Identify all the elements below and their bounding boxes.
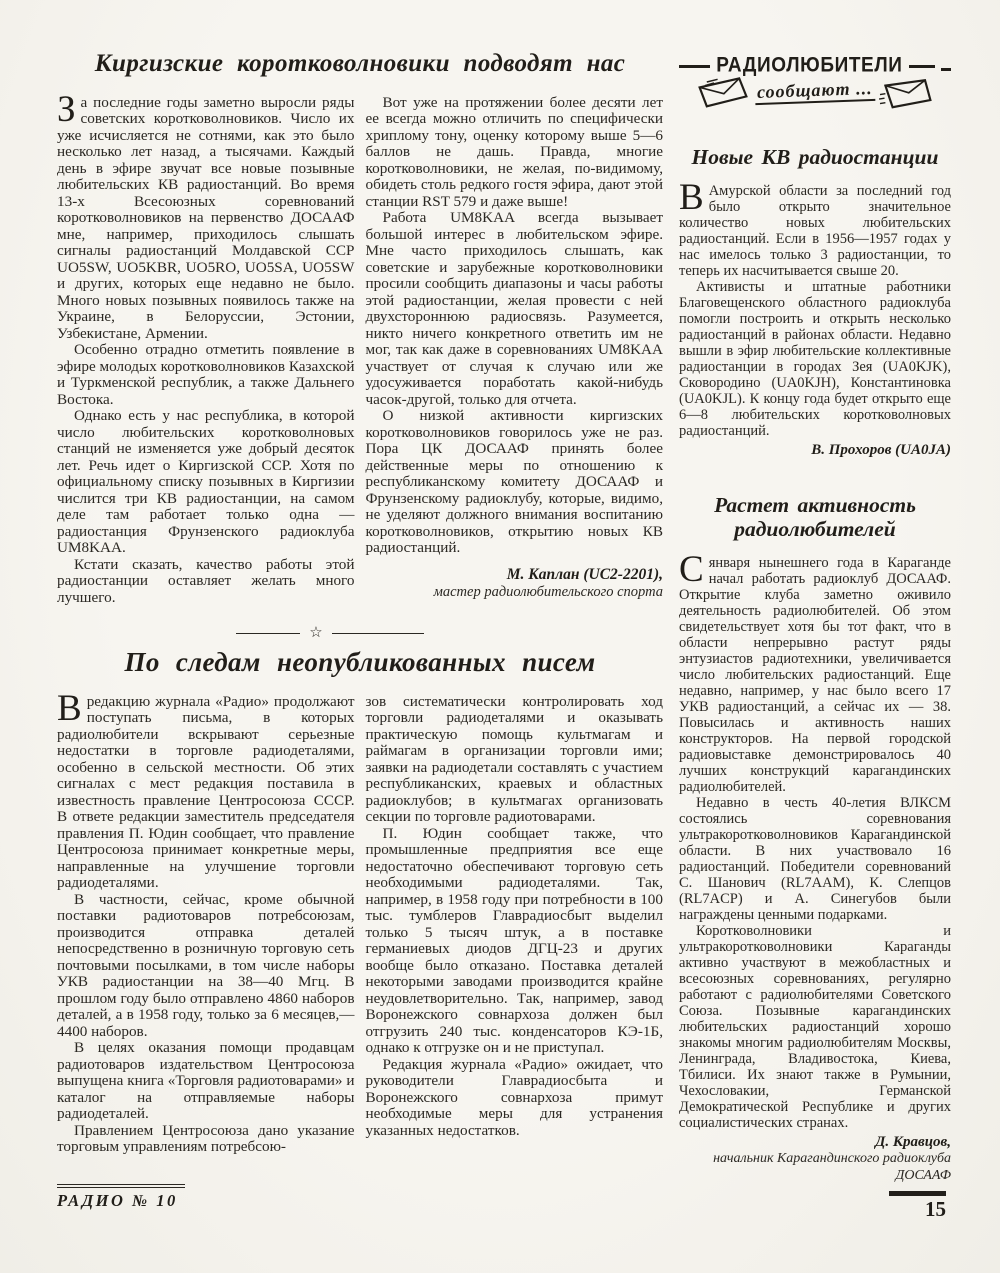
star-divider: ☆ (57, 628, 663, 638)
drop-cap: В (57, 694, 87, 723)
article-kirgiz-column-2: Вот уже на протяжении более десяти лет е… (366, 95, 664, 607)
journal-footer: РАДИО № 10 (57, 1184, 185, 1211)
paragraph: зов систематически контролировать ход то… (366, 694, 664, 826)
author-name: М. Каплан (UC2-2201), (366, 566, 664, 584)
divider-rule (236, 633, 300, 634)
author-role: ДОСААФ (679, 1168, 951, 1185)
article-letters-column-2: зов систематически контролировать ход то… (366, 694, 664, 1156)
paragraph: Сянваря нынешнего года в Караганде начал… (679, 555, 951, 795)
logo-subtitle: сообщают ... (755, 77, 875, 104)
paragraph: Коротковолновики и ультракоротковолновик… (679, 923, 951, 1131)
article-kirgiz-signature: М. Каплан (UC2-2201), мастер радиолюбите… (366, 566, 664, 601)
paragraph: В частности, сейчас, кроме обычной поста… (57, 892, 355, 1041)
paragraph: Особенно отрадно отметить появление в эф… (57, 342, 355, 408)
paragraph: Однако есть у нас республика, в которой … (57, 408, 355, 557)
envelope-icon (694, 73, 752, 109)
sidebar-column: РАДИОЛЮБИТЕЛИ сообщают ... Новые КВ ради… (679, 55, 951, 1184)
paragraph: За последние годы заметно выросли ряды с… (57, 95, 355, 343)
article-kirgiz-column-1: За последние годы заметно выросли ряды с… (57, 95, 355, 607)
paragraph: В целях оказания помощи продавцам радиот… (57, 1040, 355, 1123)
page-number: 15 (889, 1197, 946, 1221)
logo-subtitle-row: сообщают ... (679, 73, 951, 109)
star-icon: ☆ (309, 628, 322, 638)
article-kirgiz-body: За последние годы заметно выросли ряды с… (57, 95, 663, 607)
paragraph-text: а последние годы заметно выросли ряды со… (57, 94, 355, 342)
paragraph: Вредакцию журнала «Радио» продолжают пос… (57, 694, 355, 892)
drop-cap: В (679, 183, 709, 212)
paragraph-text: редакцию журнала «Радио» продолжают пост… (57, 693, 355, 892)
paragraph: Недавно в честь 40-летия ВЛКСМ состоялис… (679, 795, 951, 923)
page-number-block: 15 (889, 1191, 946, 1221)
radiolyubiteli-soobshchayut-logo: РАДИОЛЮБИТЕЛИ сообщают ... (679, 55, 951, 109)
article-letters-body: Вредакцию журнала «Радио» продолжают пос… (57, 694, 663, 1156)
drop-cap: С (679, 555, 709, 584)
logo-dash (679, 65, 710, 68)
logo-title: РАДИОЛЮБИТЕЛИ (716, 54, 902, 79)
logo-dash (941, 68, 951, 71)
paragraph: Активисты и штатные работники Благовещен… (679, 279, 951, 439)
author-role: начальник Карагандинского радиоклуба (679, 1151, 951, 1168)
author-name: В. Прохоров (UA0JA) (679, 441, 951, 459)
paragraph: ВАмурской области за последний год было … (679, 183, 951, 279)
paragraph-text: января нынешнего года в Караганде начал … (679, 555, 951, 795)
envelope-icon (878, 73, 936, 109)
divider-rule (332, 633, 424, 634)
paragraph: О низкой активности киргизских коротково… (366, 408, 664, 557)
article-karaganda-title: Растет активность радиолюбителей (679, 493, 951, 542)
article-kirgiz-title: Киргизские коротковолновики подводят нас (57, 50, 663, 79)
paragraph: Вот уже на протяжении более десяти лет е… (366, 95, 664, 211)
paragraph-text: Амурской области за последний год было о… (679, 183, 951, 279)
paragraph: Правлением Центросоюза дано указание тор… (57, 1123, 355, 1156)
logo-dash (909, 65, 935, 68)
article-letters-title: По следам неопубликованных писем (57, 648, 663, 678)
page-number-rule (889, 1191, 946, 1196)
scanned-magazine-page: Киргизские коротковолновики подводят нас… (0, 0, 1000, 1273)
drop-cap: З (57, 95, 81, 124)
main-content-area: Киргизские коротковолновики подводят нас… (57, 50, 663, 1156)
article-letters-column-1: Вредакцию журнала «Радио» продолжают пос… (57, 694, 355, 1156)
author-role: мастер радиолюбительского спорта (366, 584, 664, 601)
article-new-stations-title: Новые КВ радиостанции (679, 145, 951, 170)
paragraph: П. Юдин сообщает также, что промышленные… (366, 826, 664, 1057)
paragraph: Редакция журнала «Радио» ожидает, что ру… (366, 1057, 664, 1140)
paragraph: Кстати сказать, качество работы этой рад… (57, 557, 355, 607)
paragraph: Работа UM8KAA всегда вызывает большой ин… (366, 210, 664, 408)
author-name: Д. Кравцов, (679, 1133, 951, 1151)
